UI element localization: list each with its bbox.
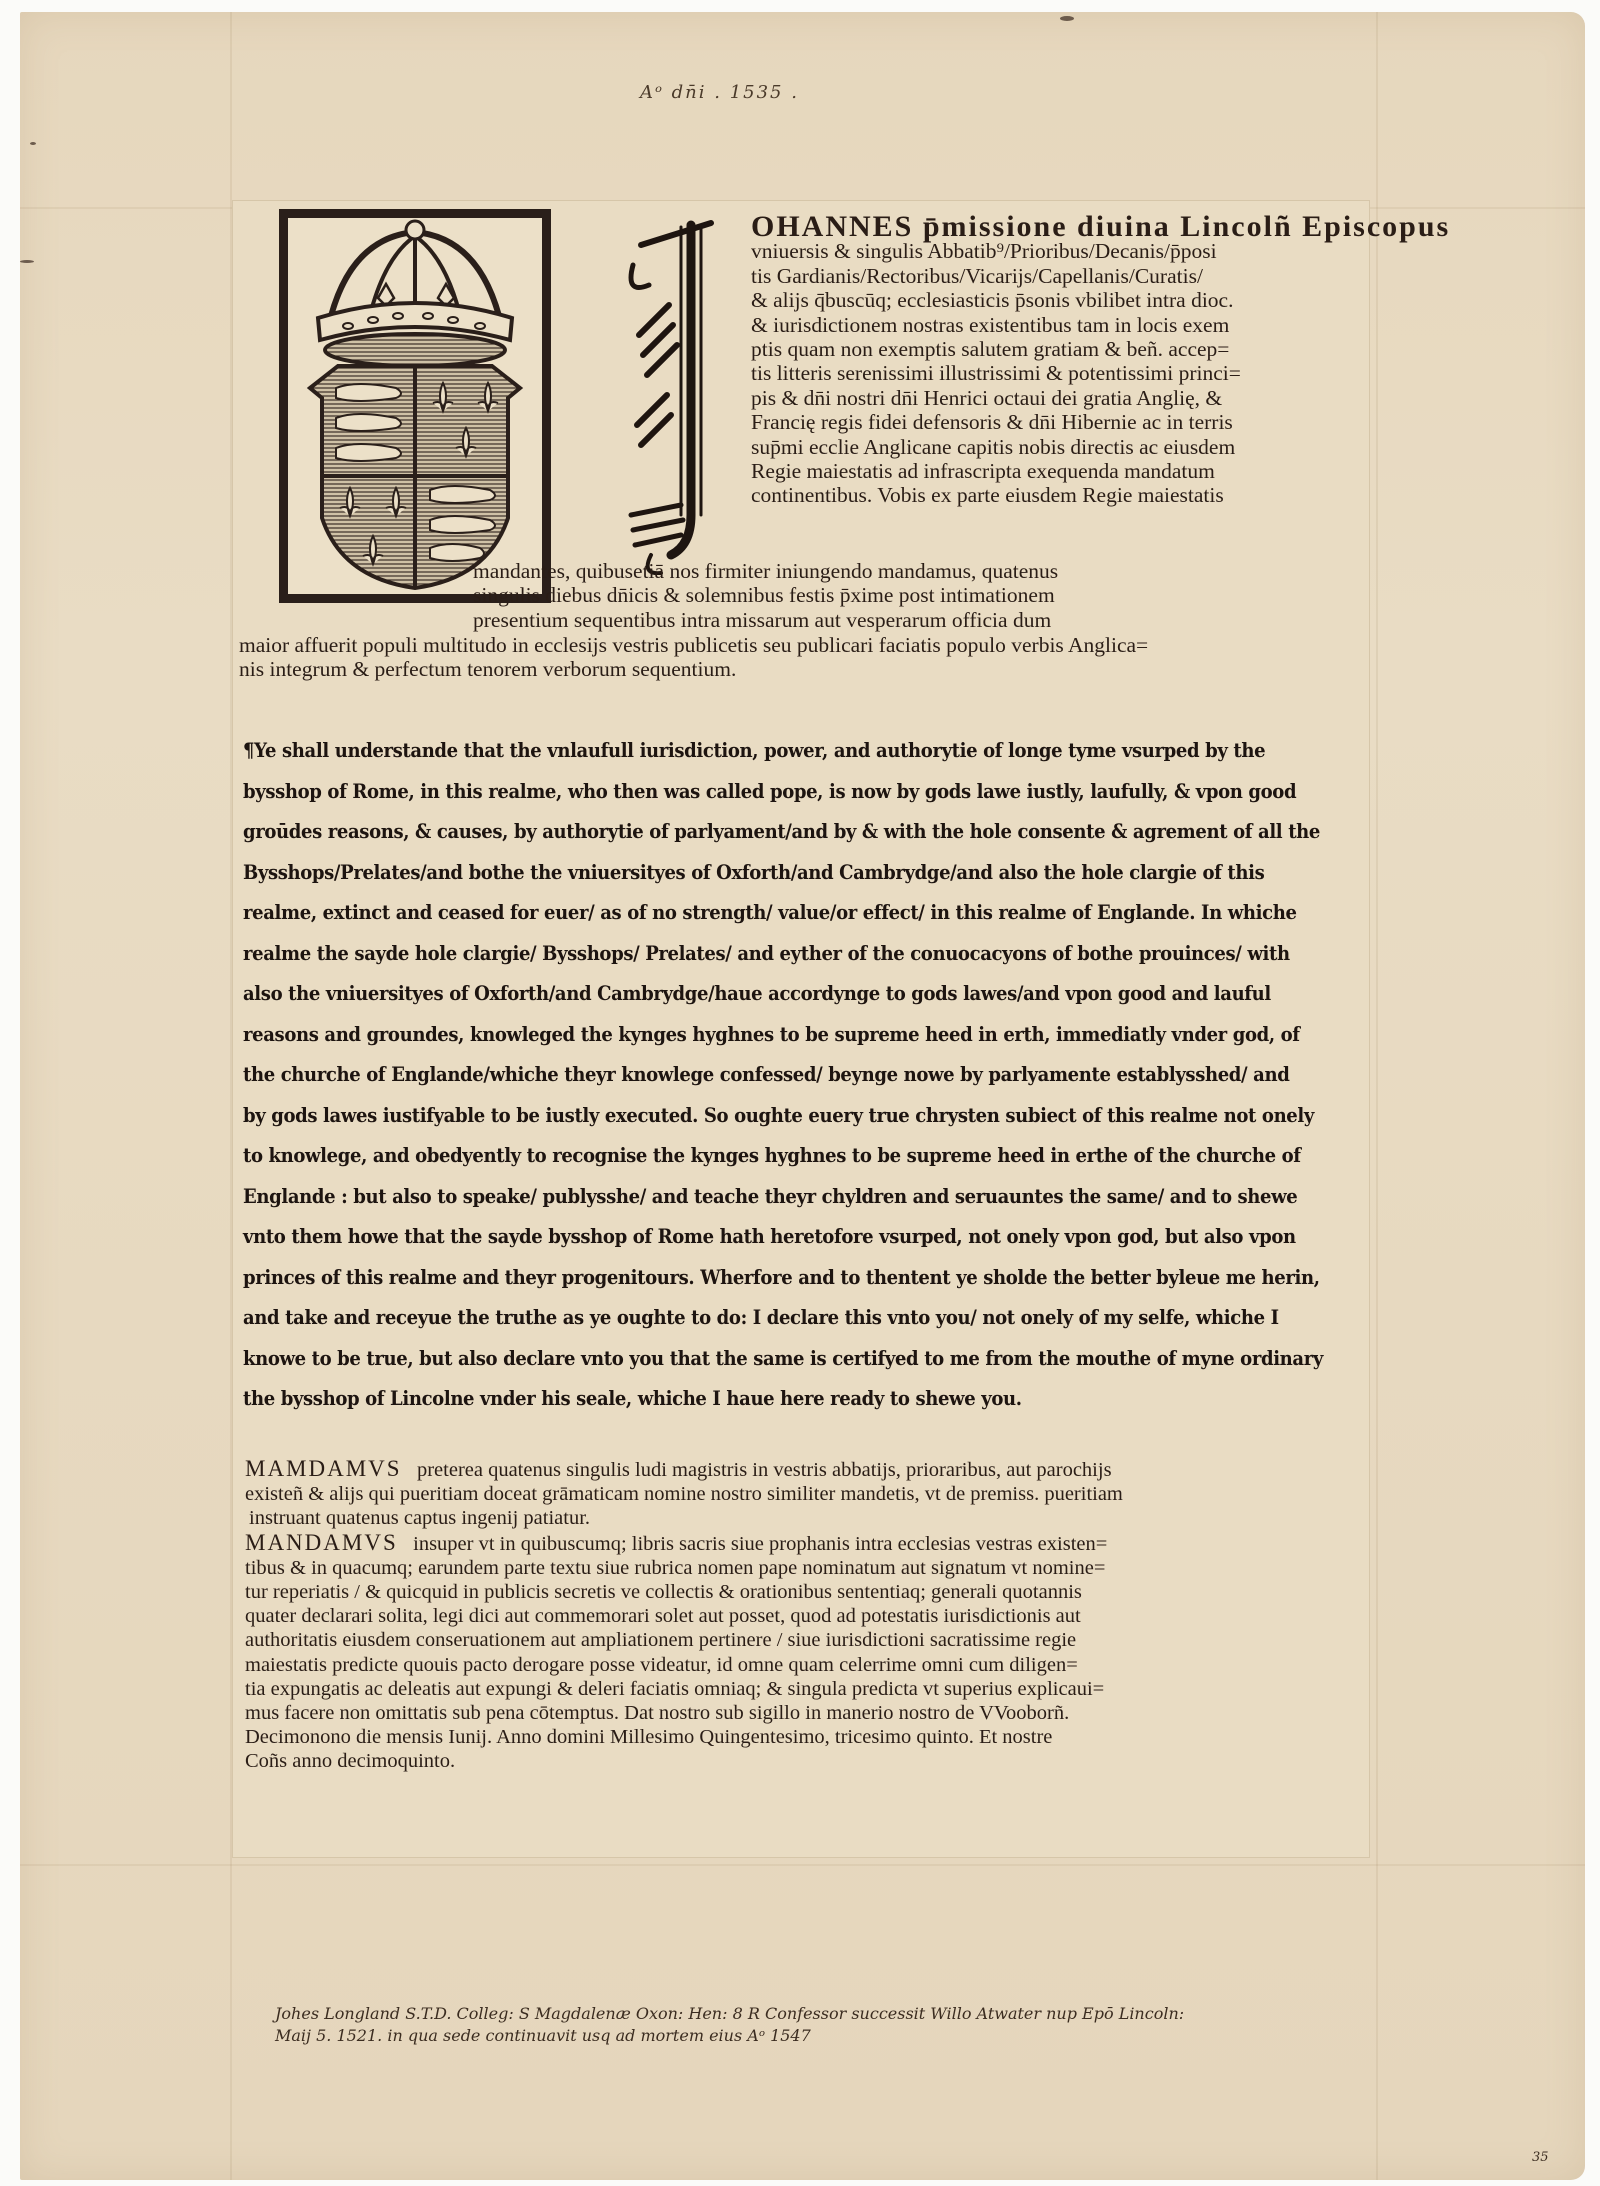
mandamus-line: tur reperiatis / & quicquid in publicis …	[245, 1580, 1363, 1604]
mandamus-line: Decimonono die mensis Iunij. Anno domini…	[245, 1725, 1363, 1749]
proclamation-line: ¶Ye shall understande that the vnlaufull…	[243, 731, 1296, 772]
proclamation-line: realme, extinct and ceased for euer/ as …	[243, 893, 1296, 934]
proclamation-line: vnto them howe that the sayde bysshop of…	[243, 1217, 1296, 1258]
mandamus-heading: MAMDAMVS	[245, 1456, 402, 1481]
decorated-initial-i	[621, 215, 721, 575]
royal-arms-woodcut	[279, 209, 551, 603]
mandamus-line: quater declarari solita, legi dici aut c…	[245, 1604, 1363, 1628]
ink-blot	[30, 142, 36, 145]
proclamation-line: realme the sayde hole clargie/ Bysshops/…	[243, 934, 1296, 975]
latin-line: nis integrum & perfectum tenorem verboru…	[239, 657, 1364, 681]
proclamation-line: princes of this realme and theyr progeni…	[243, 1258, 1296, 1299]
mandamus-line: existeñ & alijs qui pueritiam doceat grā…	[245, 1482, 1363, 1506]
proclamation-line: the bysshop of Lincolne vnder his seale,…	[243, 1379, 1296, 1420]
latin-line: Francię regis fidei defensoris & dn̄i Hi…	[751, 410, 1363, 434]
manuscript-line: Johes Longland S.T.D. Colleg: S Magdalen…	[275, 2003, 1184, 2025]
coat-of-arms-icon	[288, 218, 542, 594]
proclamation-line: the churche of Englande/whiche theyr kno…	[243, 1055, 1296, 1096]
latin-closing: maior affuerit populi multitudo in eccle…	[239, 633, 1364, 682]
manuscript-line: Maij 5. 1521. in qua sede continuavit us…	[275, 2025, 1184, 2047]
ink-blot	[20, 260, 34, 263]
folio-number: 35	[1532, 2150, 1549, 2165]
latin-line: presentium sequentibus intra missarum au…	[473, 608, 1363, 632]
latin-line: ptis quam non exemptis salutem gratiam &…	[751, 337, 1363, 361]
ink-blot	[1060, 16, 1074, 21]
mandamus-line: MAMDAMVS preterea quatenus singulis ludi…	[245, 1457, 1363, 1482]
latin-line: continentibus. Vobis ex parte eiusdem Re…	[751, 483, 1363, 507]
opening-line: OHANNES p̄missione diuina Lincolñ Episco…	[751, 215, 1363, 239]
proclamation-line: reasons and groundes, knowleged the kyng…	[243, 1015, 1296, 1056]
mandamus-line: Coñs anno decimoquinto.	[245, 1749, 1363, 1773]
fold-line	[1376, 12, 1378, 2180]
latin-continuation: mandantes, quibusetiā nos firmiter iniun…	[473, 559, 1363, 632]
proclamation-line: to knowlege, and obedyently to recognise…	[243, 1136, 1296, 1177]
mandamus-line: authoritatis eiusdem conseruationem aut …	[245, 1628, 1363, 1652]
mandamus-line: MANDAMVS insuper vt in quibuscumq; libri…	[245, 1531, 1363, 1556]
mandamus-line: mus facere non omittatis sub pena cōtemp…	[245, 1701, 1363, 1725]
printed-mandate: OHANNES p̄missione diuina Lincolñ Episco…	[232, 200, 1370, 1858]
latin-line: sup̄mi ecclie Anglicane capitis nobis di…	[751, 435, 1363, 459]
fold-line	[20, 1864, 1585, 1866]
proclamation-line: also the vniuersityes of Oxforth/and Cam…	[243, 974, 1296, 1015]
english-proclamation: ¶Ye shall understande that the vnlaufull…	[243, 731, 1296, 1420]
latin-salutation: OHANNES p̄missione diuina Lincolñ Episco…	[751, 215, 1363, 508]
mandamus-line: instruant quatenus captus ingenij patiat…	[245, 1506, 1363, 1530]
proclamation-line: bysshop of Rome, in this realme, who the…	[243, 772, 1296, 813]
proclamation-line: groūdes reasons, & causes, by authorytie…	[243, 812, 1296, 853]
manuscript-note: Johes Longland S.T.D. Colleg: S Magdalen…	[275, 2003, 1184, 2047]
latin-line: pis & dn̄i nostri dn̄i Henrici octaui de…	[751, 386, 1363, 410]
latin-line: maior affuerit populi multitudo in eccle…	[239, 633, 1364, 657]
mandamus-line: tia expungatis ac deleatis aut expungi &…	[245, 1677, 1363, 1701]
mandamus-clauses: MAMDAMVS preterea quatenus singulis ludi…	[245, 1457, 1363, 1774]
proclamation-line: Englande : but also to speake/ publysshe…	[243, 1177, 1296, 1218]
latin-line: & alijs q̄buscūq; ecclesiasticis p̄sonis…	[751, 288, 1363, 312]
proclamation-line: knowe to be true, but also declare vnto …	[243, 1339, 1296, 1380]
proclamation-line: Bysshops/Prelates/and bothe the vniuersi…	[243, 853, 1296, 894]
latin-line: vniuersis & singulis Abbatib⁹/Prioribus/…	[751, 239, 1363, 263]
latin-line: singulis diebus dn̄icis & solemnibus fes…	[473, 583, 1363, 607]
mandamus-heading: MANDAMVS	[245, 1530, 398, 1555]
latin-line: mandantes, quibusetiā nos firmiter iniun…	[473, 559, 1363, 583]
mandamus-line: maiestatis predicte quouis pacto derogar…	[245, 1653, 1363, 1677]
mandamus-line: tibus & in quacumq; earundem parte textu…	[245, 1556, 1363, 1580]
latin-line: tis litteris serenissimi illustrissimi &…	[751, 361, 1363, 385]
proclamation-line: by gods lawes iustifyable to be iustly e…	[243, 1096, 1296, 1137]
initial-letter-icon	[621, 215, 721, 575]
latin-line: & iurisdictionem nostras existentibus ta…	[751, 313, 1363, 337]
latin-line: Regie maiestatis ad infrascripta exequen…	[751, 459, 1363, 483]
latin-line: tis Gardianis/Rectoribus/Vicarijs/Capell…	[751, 264, 1363, 288]
year-annotation: Aᵒ dn̄i . 1535 .	[640, 82, 799, 103]
proclamation-line: and take and receyue the truthe as ye ou…	[243, 1298, 1296, 1339]
